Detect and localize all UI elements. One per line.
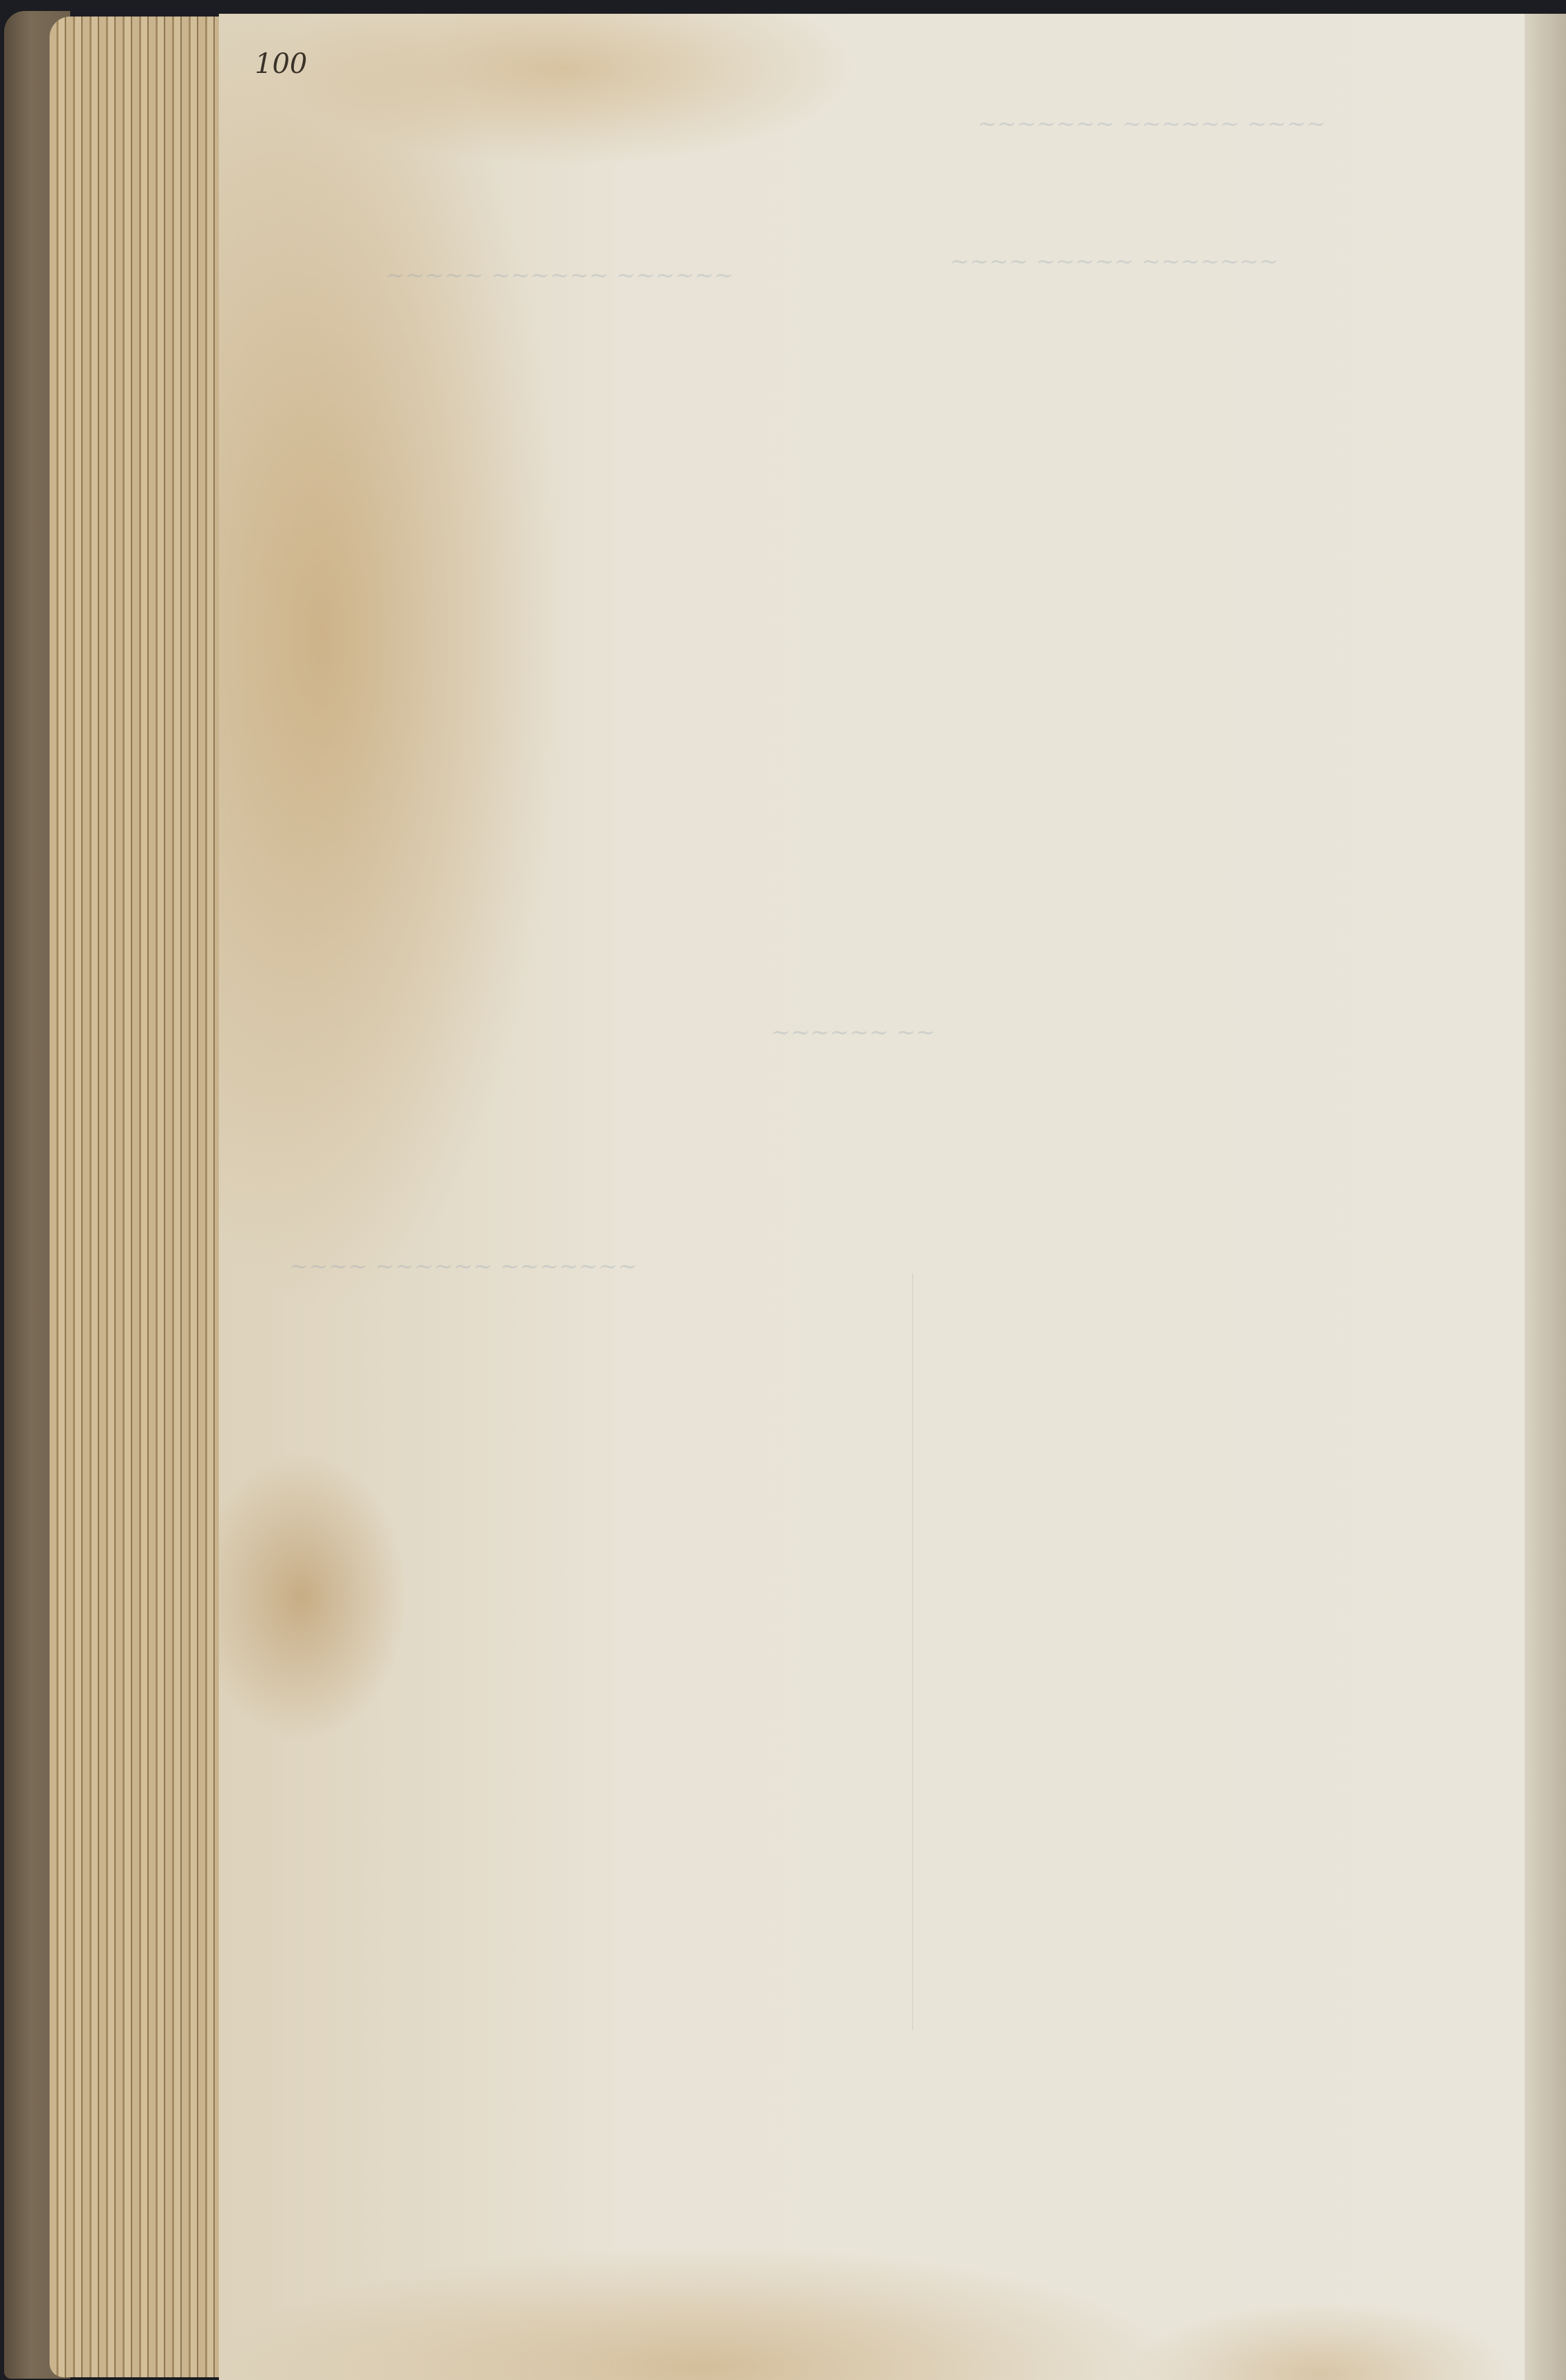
bleed-through-text: ~~~~~ ~~~~~~ ~~~~~~ — [385, 262, 734, 289]
page-number: 100 — [255, 48, 307, 80]
column-fold-line — [912, 1273, 913, 2030]
page-edges — [50, 17, 229, 2377]
bleed-through-text: ~~~~~~~ ~~~~~~ ~~~~ — [977, 110, 1326, 138]
manuscript-page — [219, 14, 1561, 2380]
page-right-edge — [1525, 14, 1566, 2380]
bleed-through-text: ~~~~~~ ~~ — [771, 1019, 935, 1046]
bleed-through-text: ~~~~ ~~~~~~ ~~~~~~~ — [289, 1253, 637, 1280]
bleed-through-text: ~~~~ ~~~~~ ~~~~~~~ — [950, 248, 1278, 275]
